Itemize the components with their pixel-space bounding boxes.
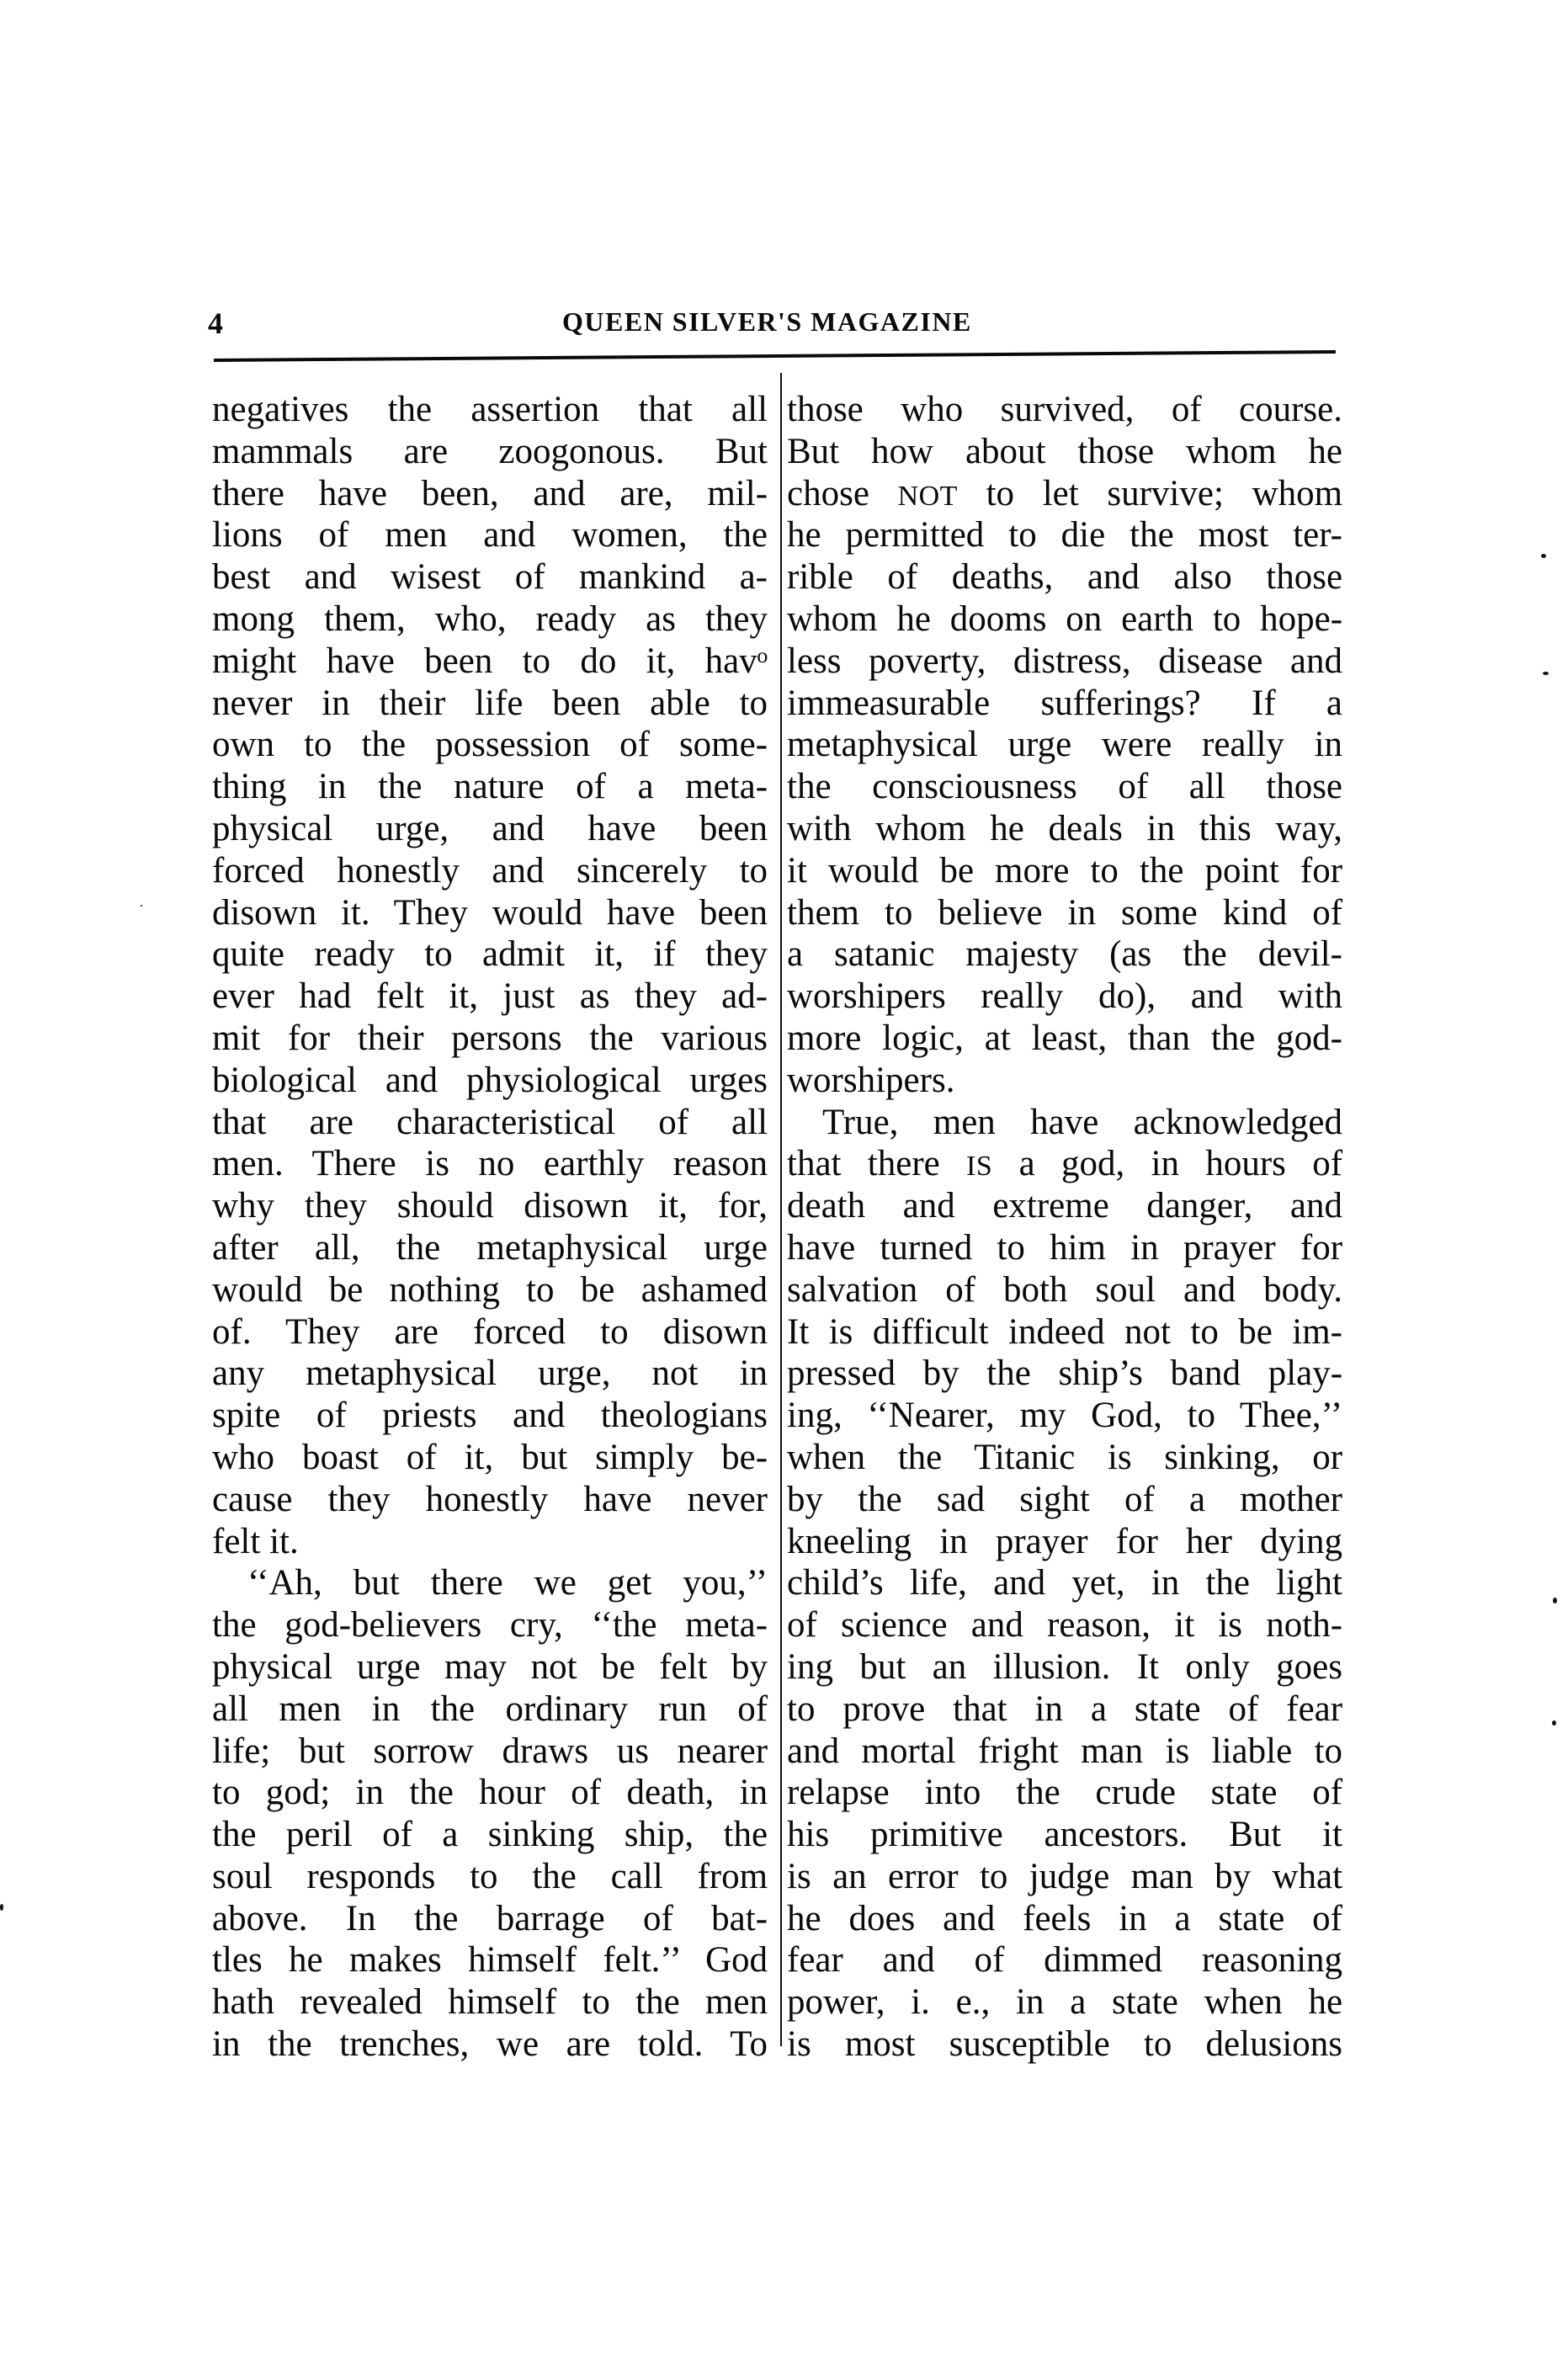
text-line: thing in the nature of a meta- — [212, 766, 768, 808]
text-line: above. In the barrage of bat- — [212, 1898, 768, 1940]
text-line: it would be more to the point for — [787, 850, 1342, 892]
text-line: quite ready to admit it, if they — [212, 933, 768, 976]
text-line: biological and physiological urges — [212, 1060, 768, 1102]
small-caps-word: IS — [966, 1151, 992, 1182]
text-line: of. They are forced to disown — [212, 1311, 768, 1353]
scan-speck — [141, 905, 142, 907]
text-line: forced honestly and sincerely to — [212, 850, 768, 892]
text-line: mit for their persons the various — [212, 1018, 768, 1060]
text-line: there have been, and are, mil- — [212, 473, 768, 515]
scan-speck — [1541, 554, 1546, 558]
text-line: life; but sorrow draws us nearer — [212, 1731, 768, 1773]
text-line: immeasurable sufferings? If a — [787, 683, 1342, 725]
text-line: those who survived, of course. — [787, 389, 1342, 431]
page-number: 4 — [208, 308, 223, 338]
text-line: ‘‘Ah, but there we get you,’’ — [212, 1562, 768, 1604]
text-line: might have been to do it, havᵒ — [212, 641, 768, 683]
text-line: is most susceptible to delusions — [787, 2023, 1342, 2066]
text-line: his primitive ancestors. But it — [787, 1814, 1342, 1856]
text-line: mong them, who, ready as they — [212, 598, 768, 641]
text-line: mammals are zoogonous. But — [212, 431, 768, 473]
text-line: It is difficult indeed not to be im- — [787, 1311, 1342, 1353]
text-line: pressed by the ship’s band play- — [787, 1353, 1342, 1395]
text-line: more logic, at least, than the god- — [787, 1018, 1342, 1060]
text-line: power, i. e., in a state when he — [787, 1981, 1342, 2023]
text-line: fear and of dimmed reasoning — [787, 1939, 1342, 1981]
text-line: tles he makes himself felt.’’ God — [212, 1939, 768, 1981]
text-line: child’s life, and yet, in the light — [787, 1562, 1342, 1604]
text-line: less poverty, distress, disease and — [787, 641, 1342, 683]
text-line: any metaphysical urge, not in — [212, 1353, 768, 1395]
text-line: in the trenches, we are told. To — [212, 2023, 768, 2066]
text-line: he permitted to die the most ter- — [787, 514, 1342, 556]
scan-speck — [1543, 672, 1549, 675]
text-line: by the sad sight of a mother — [787, 1479, 1342, 1521]
text-line: chose NOT to let survive; whom — [787, 473, 1342, 515]
text-line: hath revealed himself to the men — [212, 1981, 768, 2023]
text-line: worshipers really do), and with — [787, 976, 1342, 1018]
text-line: negatives the assertion that all — [212, 389, 768, 431]
text-line: salvation of both soul and body. — [787, 1269, 1342, 1311]
right-column: those who survived, of course.But how ab… — [787, 389, 1342, 2066]
text-line: rible of deaths, and also those — [787, 556, 1342, 598]
text-line: have turned to him in prayer for — [787, 1227, 1342, 1269]
text-line: But how about those whom he — [787, 431, 1342, 473]
text-line: the consciousness of all those — [787, 766, 1342, 808]
text-line: felt it. — [212, 1521, 768, 1563]
text-line: the god-believers cry, ‘‘the meta- — [212, 1604, 768, 1646]
text-line: and mortal fright man is liable to — [787, 1731, 1342, 1773]
text-line: why they should disown it, for, — [212, 1185, 768, 1227]
text-line: kneeling in prayer for her dying — [787, 1521, 1342, 1563]
small-caps-word: NOT — [898, 481, 958, 512]
text-line: ever had felt it, just as they ad- — [212, 976, 768, 1018]
text-line: ing, ‘‘Nearer, my God, to Thee,’’ — [787, 1395, 1342, 1437]
header-rule — [214, 350, 1336, 362]
text-line: relapse into the crude state of — [787, 1772, 1342, 1814]
text-line: he does and feels in a state of — [787, 1898, 1342, 1940]
text-line: death and extreme danger, and — [787, 1185, 1342, 1227]
text-line: that there IS a god, in hours of — [787, 1143, 1342, 1185]
text-line: worshipers. — [787, 1060, 1342, 1102]
text-line: physical urge, and have been — [212, 808, 768, 850]
text-line: soul responds to the call from — [212, 1856, 768, 1898]
text-line: would be nothing to be ashamed — [212, 1269, 768, 1311]
text-line: lions of men and women, the — [212, 514, 768, 556]
text-line: metaphysical urge were really in — [787, 724, 1342, 766]
text-line: all men in the ordinary run of — [212, 1688, 768, 1731]
text-line: them to believe in some kind of — [787, 892, 1342, 934]
text-line: spite of priests and theologians — [212, 1395, 768, 1437]
text-line: when the Titanic is sinking, or — [787, 1437, 1342, 1479]
text-line: disown it. They would have been — [212, 892, 768, 934]
text-line: who boast of it, but simply be- — [212, 1437, 768, 1479]
text-line: is an error to judge man by what — [787, 1856, 1342, 1898]
text-line: to prove that in a state of fear — [787, 1688, 1342, 1731]
text-line: the peril of a sinking ship, the — [212, 1814, 768, 1856]
text-line: own to the possession of some- — [212, 724, 768, 766]
text-line: never in their life been able to — [212, 683, 768, 725]
text-line: a satanic majesty (as the devil- — [787, 933, 1342, 976]
scan-speck — [1552, 1720, 1556, 1726]
text-line: cause they honestly have never — [212, 1479, 768, 1521]
column-divider — [780, 373, 782, 2046]
text-line: ing but an illusion. It only goes — [787, 1646, 1342, 1688]
scan-speck — [1553, 1598, 1557, 1603]
text-line: with whom he deals in this way, — [787, 808, 1342, 850]
scan-speck — [0, 1904, 3, 1911]
text-line: that are characteristical of all — [212, 1102, 768, 1144]
running-head-title: QUEEN SILVER'S MAGAZINE — [562, 306, 1017, 337]
text-line: men. There is no earthly reason — [212, 1143, 768, 1185]
text-line: True, men have acknowledged — [787, 1102, 1342, 1144]
text-line: best and wisest of mankind a- — [212, 556, 768, 598]
left-column: negatives the assertion that allmammals … — [212, 389, 768, 2066]
text-line: to god; in the hour of death, in — [212, 1772, 768, 1814]
text-line: after all, the metaphysical urge — [212, 1227, 768, 1269]
text-line: whom he dooms on earth to hope- — [787, 598, 1342, 641]
text-line: of science and reason, it is noth- — [787, 1604, 1342, 1646]
text-line: physical urge may not be felt by — [212, 1646, 768, 1688]
